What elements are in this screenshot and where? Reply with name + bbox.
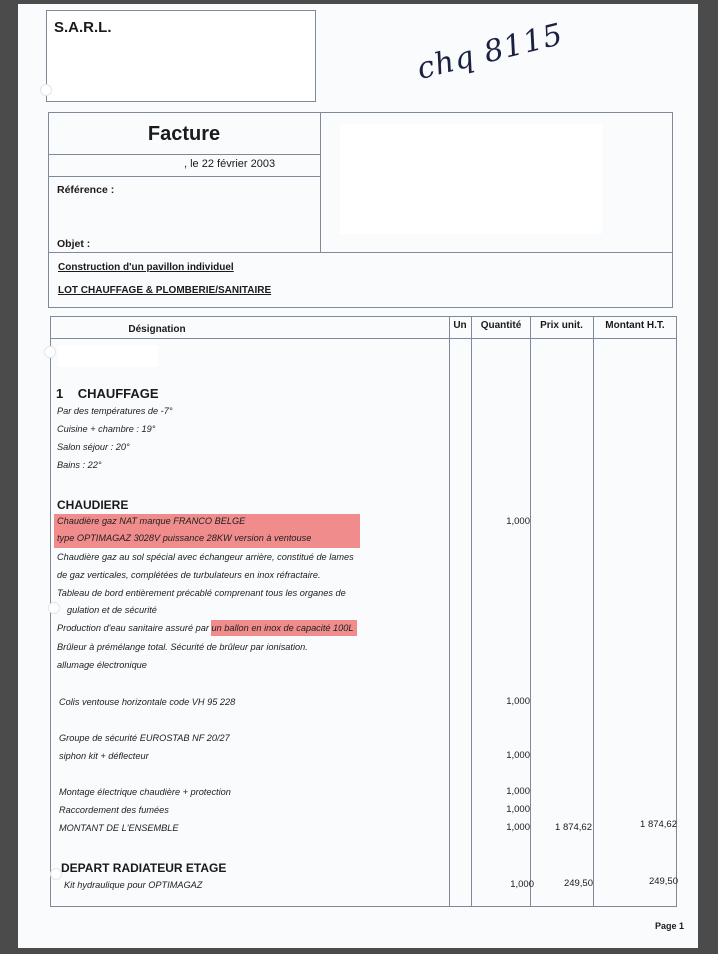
condition-line: Salon séjour : 20° (57, 442, 130, 452)
date-row: , le 22 février 2003 (48, 154, 320, 177)
table-header-divider (50, 338, 677, 339)
company-name: S.A.R.L. (54, 19, 112, 36)
section-number: 1 (56, 386, 63, 401)
punch-hole (44, 346, 56, 358)
qty-cell: 1,000 (506, 804, 530, 815)
objet-label: Objet : (57, 238, 90, 250)
production-highlight: un ballon en inox de capacité 100L (211, 620, 357, 636)
condition-line: Cuisine + chambre : 19° (57, 424, 155, 434)
punch-hole (40, 84, 52, 96)
amount-cell: 249,50 (649, 876, 678, 887)
objet-line-2: LOT CHAUFFAGE & PLOMBERIE/SANITAIRE (58, 285, 271, 296)
invoice-date: , le 22 février 2003 (184, 158, 275, 170)
chaudiere-line: Chaudière gaz NAT marque FRANCO BELGE (57, 516, 245, 526)
header-amount: Montant H.T. (593, 320, 677, 331)
objet-divider (48, 252, 673, 253)
description-line: gulation et de sécurité (67, 605, 157, 615)
production-prefix: Production d'eau sanitaire assuré par (57, 623, 211, 633)
page-number: Page 1 (655, 921, 684, 931)
amount-cell: 1 874,62 (640, 819, 677, 830)
redacted-block (58, 345, 158, 367)
col-line-un (449, 316, 450, 907)
reference-label: Référence : (57, 184, 114, 196)
header-designation: Désignation (50, 324, 264, 335)
item-line: Colis ventouse horizontale code VH 95 22… (59, 697, 235, 707)
qty-cell: 1,000 (506, 786, 530, 797)
col-line-mt (593, 316, 594, 907)
unit-price-cell: 249,50 (564, 878, 593, 889)
description-line: de gaz verticales, complétées de turbula… (57, 570, 321, 580)
condition-line: Bains : 22° (57, 460, 102, 470)
invoice-title: Facture (48, 112, 320, 155)
header-unit-price: Prix unit. (530, 320, 593, 331)
burner-line: Brûleur à prémélange total. Sécurité de … (57, 642, 308, 652)
qty-cell: 1,000 (510, 879, 534, 890)
item-line: Kit hydraulique pour OPTIMAGAZ (64, 880, 202, 890)
header-unit: Un (449, 320, 471, 331)
header-quantity: Quantité (471, 320, 531, 331)
qty-cell: 1,000 (506, 696, 530, 707)
item-line: MONTANT DE L'ENSEMBLE (59, 823, 179, 833)
punch-hole (50, 868, 62, 880)
item-line: Montage électrique chaudière + protectio… (59, 787, 231, 797)
chaudiere-line: type OPTIMAGAZ 3028V puissance 28KW vers… (57, 533, 311, 543)
burner-line: allumage électronique (57, 660, 147, 670)
condition-line: Par des températures de -7° (57, 406, 173, 416)
qty-cell: 1,000 (506, 822, 530, 833)
qty-cell: 1,000 (506, 750, 530, 761)
client-address-redacted (340, 124, 602, 234)
item-line: Groupe de sécurité EUROSTAB NF 20/27 (59, 733, 230, 743)
description-line: Chaudière gaz au sol spécial avec échang… (57, 552, 354, 562)
objet-line-1: Construction d'un pavillon individuel (58, 262, 234, 273)
chaudiere-heading: CHAUDIERE (57, 498, 128, 512)
section-title: CHAUFFAGE (78, 386, 159, 401)
col-line-qty (471, 316, 472, 907)
section-2-heading: DEPART RADIATEUR ETAGE (61, 861, 226, 875)
item-line: siphon kit + déflecteur (59, 751, 149, 761)
section-1-heading: 1 CHAUFFAGE (56, 386, 159, 401)
header-divider (320, 112, 321, 252)
item-line: Raccordement des fumées (59, 805, 169, 815)
qty-cell: 1,000 (506, 516, 530, 527)
punch-hole (48, 602, 60, 614)
unit-price-cell: 1 874,62 (555, 822, 592, 833)
description-line: Tableau de bord entièrement précablé com… (57, 588, 346, 598)
production-line: Production d'eau sanitaire assuré par un… (57, 623, 357, 633)
company-box: S.A.R.L. (46, 10, 316, 102)
col-line-pu (530, 316, 531, 907)
